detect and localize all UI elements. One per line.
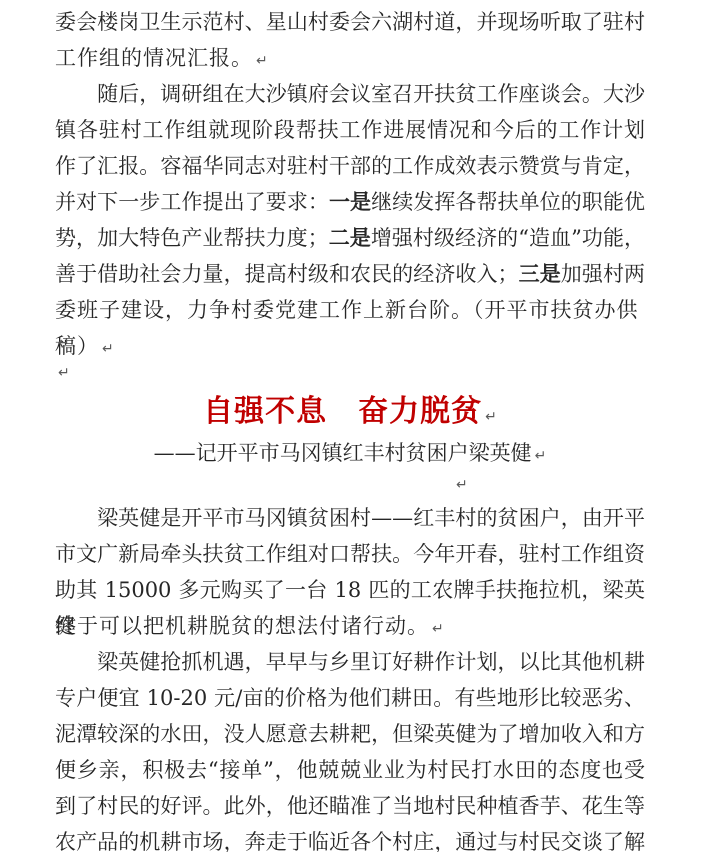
paragraph-line: 并对下一步工作提出了要求：一是继续发挥各帮扶单位的职能优 [55,184,645,220]
text-run: 终于可以把机耕脱贫的想法付诸行动。 [55,614,429,638]
text-run: 镇各驻村工作组就现阶段帮扶工作进展情况和今后的工作计划 [55,118,645,142]
bold-text-run: 三是 [519,262,561,286]
text-run: 委会楼岗卫生示范村、星山村委会六湖村道，并现场听取了驻村 [55,10,645,34]
empty-paragraph-line: ↵ [55,328,645,358]
paragraph-mark-icon: ↵ [532,448,547,464]
text-run: 泥潭较深的水田，没人愿意去耕耙，但梁英健为了增加收入和方 [55,722,645,746]
text-run: 市文广新局牵头扶贫工作组对口帮扶。今年开春，驻村工作组资 [55,542,645,566]
text-run: 继续发挥各帮扶单位的职能优 [371,190,645,214]
paragraph-line: 便乡亲，积极去“接单”，他兢兢业业为村民打水田的态度也受 [55,752,645,788]
paragraph-line: 到了村民的好评。此外，他还瞄准了当地村民种植香芋、花生等 [55,788,645,824]
text-run: 作了汇报。容福华同志对驻村干部的工作成效表示赞赏与肯定， [55,154,645,178]
text-run: 势，加大特色产业帮扶力度； [55,226,329,250]
text-run: 工作组的情况汇报。 [55,46,253,70]
paragraph-line: 梁英健抢抓机遇，早早与乡里订好耕作计划，以比其他机耕 [55,644,645,680]
paragraph-line: 泥潭较深的水田，没人愿意去耕耙，但梁英健为了增加收入和方 [55,716,645,752]
article-title: 自强不息 奋力脱贫↵ [55,388,645,436]
text-run: 便乡亲，积极去“接单”，他兢兢业业为村民打水田的态度也受 [55,758,645,782]
text-run: 增强村级经济的“造血”功能， [371,226,645,250]
paragraph-line: 作了汇报。容福华同志对驻村干部的工作成效表示赞赏与肯定， [55,148,645,184]
paragraph-line: 市文广新局牵头扶贫工作组对口帮扶。今年开春，驻村工作组资 [55,536,645,572]
text-run: 到了村民的好评。此外，他还瞄准了当地村民种植香芋、花生等 [55,794,645,818]
text-run: 农产品的机耕市场，奔走于临近各个村庄，通过与村民交谈了解 [55,830,645,852]
article-subtitle: ——记开平市马冈镇红丰村贫困户梁英健↵ [55,436,645,470]
bold-text-run: 二是 [329,226,371,250]
paragraph-mark-icon: ↵ [482,409,497,425]
paragraph-line: 助其 15000 多元购买了一台 18 匹的工农牌手扶拖拉机，梁英健 [55,572,645,608]
text-run: 随后，调研组在大沙镇府会议室召开扶贫工作座谈会。大沙 [97,82,645,106]
text-run: 善于借助社会力量，提高村级和农民的经济收入； [55,262,519,286]
text-run: 专户便宜 10-20 元/亩的价格为他们耕田。有些地形比较恶劣、 [55,686,645,710]
paragraph-line: 工作组的情况汇报。↵ [55,40,645,76]
paragraph-line: 委会楼岗卫生示范村、星山村委会六湖村道，并现场听取了驻村 [55,4,645,40]
bold-text-run: 一是 [329,190,371,214]
paragraph-line: 势，加大特色产业帮扶力度；二是增强村级经济的“造血”功能， [55,220,645,256]
paragraph-mark-icon: ↵ [253,53,268,69]
paragraph-line: 梁英健是开平市马冈镇贫困村——红丰村的贫困户，由开平 [55,500,645,536]
paragraph-line: 随后，调研组在大沙镇府会议室召开扶贫工作座谈会。大沙 [55,76,645,112]
document-page: 委会楼岗卫生示范村、星山村委会六湖村道，并现场听取了驻村工作组的情况汇报。↵随后… [0,0,701,852]
paragraph-mark-icon: ↵ [55,335,70,351]
paragraph-line: 善于借助社会力量，提高村级和农民的经济收入；三是加强村两 [55,256,645,292]
paragraph-line: 农产品的机耕市场，奔走于临近各个村庄，通过与村民交谈了解 [55,824,645,852]
paragraph-mark-icon: ↵ [99,341,114,357]
article-subtitle-text: ——记开平市马冈镇红丰村贫困户梁英健 [154,441,532,465]
text-run: 加强村两 [561,262,645,286]
paragraph-line: 镇各驻村工作组就现阶段帮扶工作进展情况和今后的工作计划 [55,112,645,148]
text-run: 并对下一步工作提出了要求： [55,190,329,214]
paragraph-line: 终于可以把机耕脱贫的想法付诸行动。↵ [55,608,645,644]
empty-paragraph-line: ↵ [55,358,645,388]
empty-paragraph-line: ↵ [55,470,645,500]
paragraph-mark-icon: ↵ [453,477,468,493]
text-run: 梁英健是开平市马冈镇贫困村——红丰村的贫困户，由开平 [97,506,645,530]
text-run: 梁英健抢抓机遇，早早与乡里订好耕作计划，以比其他机耕 [97,650,645,674]
document-body: 委会楼岗卫生示范村、星山村委会六湖村道，并现场听取了驻村工作组的情况汇报。↵随后… [55,0,645,852]
paragraph-line: 委班子建设，力争村委党建工作上新台阶。（开平市扶贫办供稿）↵ [55,292,645,328]
article-title-text: 自强不息 奋力脱贫 [203,394,482,429]
paragraph-mark-icon: ↵ [429,621,444,637]
paragraph-line: 专户便宜 10-20 元/亩的价格为他们耕田。有些地形比较恶劣、 [55,680,645,716]
paragraph-mark-icon: ↵ [55,365,70,381]
